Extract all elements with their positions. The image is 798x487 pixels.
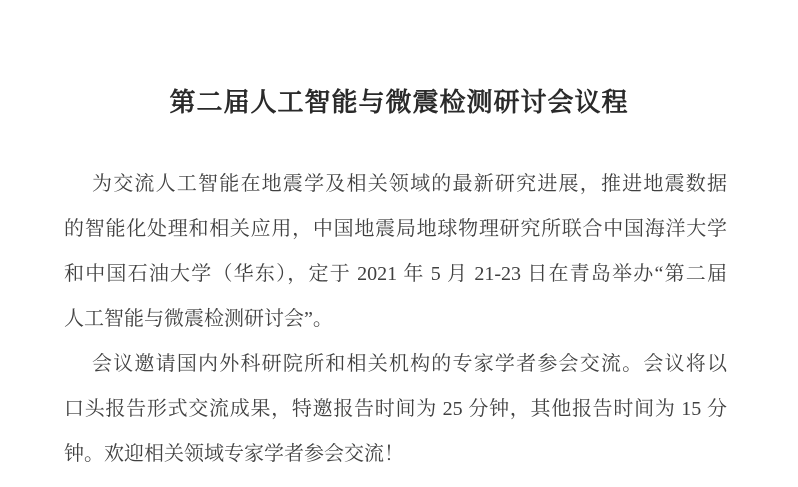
body-line: 的智能化处理和相关应用，中国地震局地球物理研究所联合中国海洋大学 [64,207,727,252]
paragraph-intro: 为交流人工智能在地震学及相关领域的最新研究进展，推进地震数据 的智能化处理和相关… [64,162,727,342]
body-line: 和中国石油大学（华东），定于 2021 年 5 月 21-23 日在青岛举办“第… [64,252,727,297]
document-title: 第二届人工智能与微震检测研讨会议程 [0,80,798,126]
body-line: 会议邀请国内外科研院所和相关机构的专家学者参会交流。会议将以 [64,342,727,387]
body-line: 为交流人工智能在地震学及相关领域的最新研究进展，推进地震数据 [64,162,727,207]
document-body: 为交流人工智能在地震学及相关领域的最新研究进展，推进地震数据 的智能化处理和相关… [64,162,727,477]
body-line: 人工智能与微震检测研讨会”。 [64,297,727,342]
paragraph-invitation: 会议邀请国内外科研院所和相关机构的专家学者参会交流。会议将以 口头报告形式交流成… [64,342,727,477]
document-page: 第二届人工智能与微震检测研讨会议程 为交流人工智能在地震学及相关领域的最新研究进… [0,0,798,487]
body-line: 钟。欢迎相关领域专家学者参会交流！ [64,432,727,477]
body-line: 口头报告形式交流成果，特邀报告时间为 25 分钟，其他报告时间为 15 分 [64,387,727,432]
